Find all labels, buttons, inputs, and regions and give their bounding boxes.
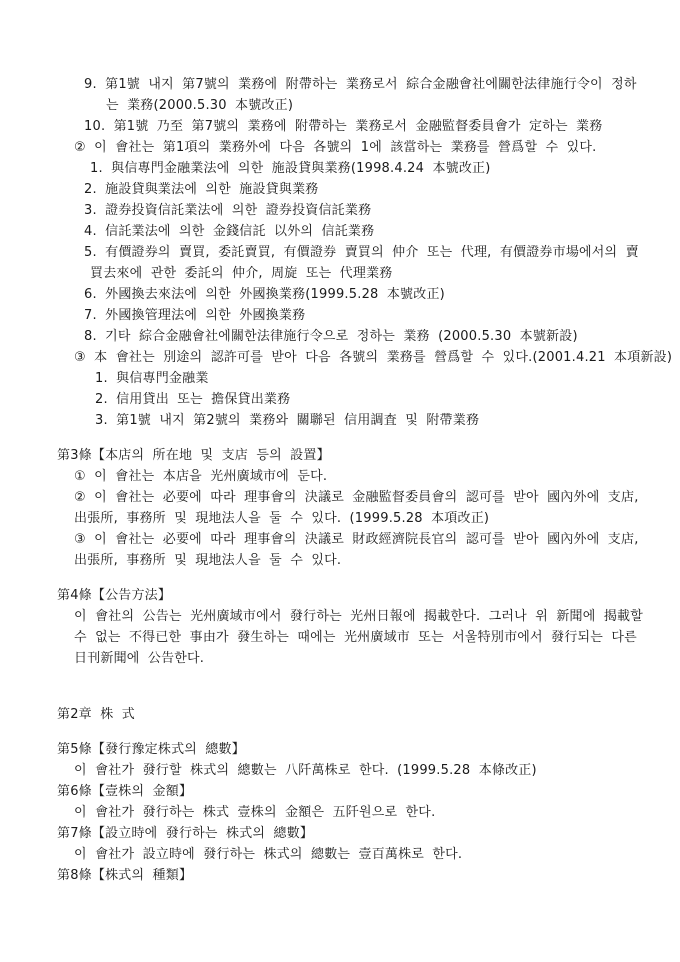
document-line: 1. 與信專門金融業法에 의한 施設貸與業務(1998.4.24 本號改正) [0,158,680,179]
document-line: 수 없는 不得已한 事由가 發生하는 때에는 光州廣域市 또는 서울特別市에서 … [0,627,680,648]
document-body: 9. 第1號 내지 第7號의 業務에 附帶하는 業務로서 綜合金融會社에關한法律… [0,74,680,886]
document-line: 1. 與信專門金融業 [0,368,680,389]
document-line: 第4條【公告方法】 [0,585,680,606]
document-line: 7. 外國換管理法에 의한 外國換業務 [0,305,680,326]
document-line: 이 會社의 公告는 光州廣域市에서 發行하는 光州日報에 揭載한다. 그러나 위… [0,606,680,627]
document-line: 第2章 株 式 [0,704,680,725]
document-line: 買去來에 관한 委託의 仲介, 周旋 또는 代理業務 [0,263,680,284]
document-line: 5. 有價證券의 賣買, 委託賣買, 有價證券 賣買의 仲介 또는 代理, 有價… [0,242,680,263]
document-line: 이 會社가 發行하는 株式 壹株의 金額은 五阡원으로 한다. [0,802,680,823]
document-line: 10. 第1號 乃至 第7號의 業務에 附帶하는 業務로서 金融監督委員會가 定… [0,116,680,137]
document-line: 4. 信託業法에 의한 金錢信託 以外의 信託業務 [0,221,680,242]
document-line: 第5條【發行豫定株式의 總數】 [0,739,680,760]
document-line: 3. 第1號 내지 第2號의 業務와 關聯된 信用調査 및 附帶業務 [0,410,680,431]
document-line: 9. 第1號 내지 第7號의 業務에 附帶하는 業務로서 綜合金融會社에關한法律… [0,74,680,95]
document-line: 出張所, 事務所 및 現地法人을 둘 수 있다. [0,550,680,571]
document-line: 2. 施設貸與業法에 의한 施設貸與業務 [0,179,680,200]
document-line: ② 이 會社는 必要에 따라 理事會의 決議로 金融監督委員會의 認可를 받아 … [0,487,680,508]
document-line: 이 會社가 設立時에 發行하는 株式의 總數는 壹百萬株로 한다. [0,844,680,865]
document-line: ① 이 會社는 本店을 光州廣域市에 둔다. [0,466,680,487]
document-line: ③ 이 會社는 必要에 따라 理事會의 決議로 財政經濟院長官의 認可를 받아 … [0,529,680,550]
document-line: 2. 信用貸出 또는 擔保貸出業務 [0,389,680,410]
document-line: 는 業務(2000.5.30 本號改正) [0,95,680,116]
document-line: 第3條【本店의 所在地 및 支店 등의 設置】 [0,445,680,466]
document-line: ③ 本 會社는 別途의 認許可를 받아 다음 各號의 業務를 營爲할 수 있다.… [0,347,680,368]
document-line: 出張所, 事務所 및 現地法人을 둘 수 있다. (1999.5.28 本項改正… [0,508,680,529]
document-line: 第8條【株式의 種類】 [0,865,680,886]
document-line: 8. 기타 綜合金融會社에關한法律施行令으로 정하는 業務 (2000.5.30… [0,326,680,347]
document-line: 3. 證券投資信託業法에 의한 證券投資信託業務 [0,200,680,221]
document-line: ② 이 會社는 第1項의 業務外에 다음 各號의 1에 該當하는 業務를 營爲할… [0,137,680,158]
document-line: 第7條【設立時에 發行하는 株式의 總數】 [0,823,680,844]
document-line: 6. 外國換去來法에 의한 外國換業務(1999.5.28 本號改正) [0,284,680,305]
document-page: 9. 第1號 내지 第7號의 業務에 附帶하는 業務로서 綜合金融會社에關한法律… [0,0,680,962]
document-line: 日刊新聞에 公告한다. [0,648,680,669]
document-line: 第6條【壹株의 金額】 [0,781,680,802]
document-line: 이 會社가 發行할 株式의 總數는 八阡萬株로 한다. (1999.5.28 本… [0,760,680,781]
